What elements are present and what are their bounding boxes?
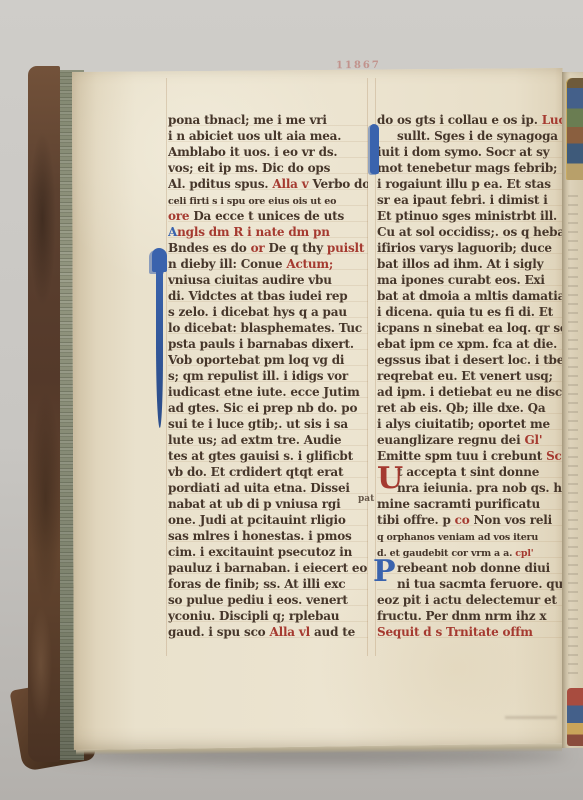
text-segment: vb do. Et crdidert qtqt erat	[168, 465, 343, 479]
text-segment: tes at gtes gauisi s. i glificbt	[168, 449, 353, 463]
manuscript-line: ad ipm. i detiebat eu ne disce	[377, 384, 566, 400]
manuscript-line: nra ieiunia. pra nob qs. hu	[377, 480, 566, 496]
manuscript-line: vb do. Et crdidert qtqt erat	[168, 464, 368, 480]
manuscript-col-right: do os gts i collau e os ip. Lucam.sullt.…	[377, 112, 566, 640]
manuscript-line: tes at gtes gauisi s. i glificbt	[168, 448, 368, 464]
text-segment: Gl'	[524, 433, 542, 447]
text-segment: iudicast etne iute. ecce Jutim	[168, 385, 360, 399]
manuscript-line: sr ea ipaut febri. i dimist i	[377, 192, 566, 208]
manuscript-line: yconiu. Discipli q; rplebau	[168, 608, 368, 624]
manuscript-line: di. Vidctes at tbas iudei rep	[168, 288, 368, 304]
text-segment: cim. i excitauint psecutoz in	[168, 545, 352, 559]
text-segment: yconiu. Discipli q; rplebau	[168, 609, 339, 623]
manuscript-line: bat at dmoia a mltis damatia	[377, 288, 566, 304]
manuscript-line: one. Judi at pcitauint rligio	[168, 512, 368, 528]
manuscript-line: iudicast etne iute. ecce Jutim	[168, 384, 368, 400]
facing-page-miniature-top	[566, 78, 583, 180]
text-segment: ngls dm R i nate dm pn	[177, 225, 330, 239]
illuminated-initial-I	[370, 124, 379, 174]
text-segment: ret ab eis. Qb; ille dxe. Qa	[377, 401, 545, 415]
manuscript-line: icpans n sinebat ea loq. qr sci	[377, 320, 566, 336]
manuscript-line: Bndes es do or De q thy puislt	[168, 240, 368, 256]
manuscript-line: Et ptinuo sges ministrbt ill.	[377, 208, 566, 224]
text-segment: d. et gaudebit cor vrm a a.	[377, 548, 515, 559]
manuscript-line: t accepta t sint donne	[377, 464, 566, 480]
text-segment: Amblabo it uos. i eo vr ds.	[168, 145, 337, 159]
manuscript-line: ret ab eis. Qb; ille dxe. Qa	[377, 400, 566, 416]
text-segment: fructu. Per dnm nrm ihz x	[377, 609, 546, 623]
text-segment: egssus ibat i desert loc. i tbe	[377, 353, 564, 367]
text-segment: psta pauls i barnabas dixert.	[168, 337, 354, 351]
text-segment: sullt. Sges i de synagoga it	[397, 129, 566, 143]
text-segment: reqrebat eu. Et venert usq;	[377, 369, 553, 383]
text-segment: tibi offre. p	[377, 513, 455, 527]
manuscript-line: do os gts i collau e os ip. Lucam.	[377, 112, 566, 128]
manuscript-line: celi firti s i spu ore eius ois ut eo	[168, 192, 368, 208]
manuscript-line: egssus ibat i desert loc. i tbe	[377, 352, 566, 368]
manuscript-line: i n abiciet uos ult aia mea.	[168, 128, 368, 144]
text-segment: Alla v	[272, 177, 312, 191]
manuscript-line: so pulue pediu i eos. venert	[168, 592, 368, 608]
manuscript-line: d. et gaudebit cor vrm a a. cpl'	[377, 544, 566, 560]
text-segment: or	[251, 241, 269, 255]
manuscript-col-left: pona tbnacl; me i me vrii n abiciet uos …	[168, 112, 368, 640]
text-segment: n dieby ill: Conue	[168, 257, 286, 271]
text-segment: gaud. i spu sco	[168, 625, 269, 639]
manuscript-line: Sequit d s Trnitate offm	[377, 624, 566, 640]
manuscript-line: Al. pditus spus. Alla v Verbo do	[168, 176, 368, 192]
text-segment: sr ea ipaut febri. i dimist i	[377, 193, 548, 207]
text-segment: mine sacramti purificatu	[377, 497, 540, 511]
manuscript-line: Cu at sol occidiss;. os q hebat	[377, 224, 566, 240]
text-segment: aud te	[314, 625, 355, 639]
text-segment: q orphanos veniam ad vos iteru	[377, 532, 538, 543]
text-segment: eoz pit i actu delectemur et	[377, 593, 557, 607]
text-segment: euanglizare regnu dei	[377, 433, 524, 447]
manuscript-line: euanglizare regnu dei Gl'	[377, 432, 566, 448]
text-segment: pona tbnacl; me i me vri	[168, 113, 327, 127]
text-segment: Al. pditus spus.	[168, 177, 272, 191]
text-segment: bat illos ad ihm. At i sigly	[377, 257, 543, 271]
manuscript-line: sas mlres i honestas. i pmos	[168, 528, 368, 544]
text-segment: Alla vl	[269, 625, 314, 639]
manuscript-line: fructu. Per dnm nrm ihz x	[377, 608, 566, 624]
manuscript-line: eoz pit i actu delectemur et	[377, 592, 566, 608]
manuscript-line: gaud. i spu sco Alla vl aud te	[168, 624, 368, 640]
manuscript-line: lo dicebat: blasphemates. Tuc	[168, 320, 368, 336]
shelfmark-stamp: 11867	[336, 60, 381, 71]
manuscript-line: pauluz i barnaban. i eiecert eo	[168, 560, 368, 576]
text-segment: do os gts i collau e os ip.	[377, 113, 542, 127]
text-segment: ni tua sacmta feruore. quo	[397, 577, 566, 591]
marginal-note: pat	[358, 494, 374, 504]
manuscript-line: mot tenebetur mags febrib;	[377, 160, 566, 176]
facing-page-text-hint	[568, 195, 578, 675]
text-segment: co	[455, 513, 474, 527]
text-segment: De q thy	[268, 241, 326, 255]
text-segment: ma ipones curabt eos. Exi	[377, 273, 545, 287]
text-segment: Verbo do	[313, 177, 369, 191]
manuscript-line: lute us; ad extm tre. Audie	[168, 432, 368, 448]
text-segment: pordiati ad uita etna. Dissei	[168, 481, 350, 495]
manuscript-line: s zelo. i dicebat hys q a pau	[168, 304, 368, 320]
text-segment: ebat ipm ce xpm. fca at die.	[377, 337, 557, 351]
manuscript-line: Amblabo it uos. i eo vr ds.	[168, 144, 368, 160]
text-segment: i alys ciuitatib; oportet me	[377, 417, 550, 431]
manuscript-line: q orphanos veniam ad vos iteru	[377, 528, 566, 544]
manuscript-line: bat illos ad ihm. At i sigly	[377, 256, 566, 272]
manuscript-line: pordiati ad uita etna. Dissei	[168, 480, 368, 496]
manuscript-line: foras de finib; ss. At illi exc	[168, 576, 368, 592]
text-segment: s zelo. i dicebat hys q a pau	[168, 305, 347, 319]
manuscript-line: iuit i dom symo. Socr at sy	[377, 144, 566, 160]
text-segment: rebeant nob donne diui	[397, 561, 550, 575]
facing-page-miniature-bottom	[567, 688, 583, 746]
manuscript-line: vniusa ciuitas audire vbu	[168, 272, 368, 288]
text-segment: i n abiciet uos ult aia mea.	[168, 129, 341, 143]
text-segment: vos; eit ip ms. Dic do ops	[168, 161, 330, 175]
manuscript-line: ifirios varys laguorib; duce	[377, 240, 566, 256]
manuscript-line: i rogaiunt illu p ea. Et stas	[377, 176, 566, 192]
text-segment: sas mlres i honestas. i pmos	[168, 529, 352, 543]
manuscript-line: nabat at ub di p vniusa rgi	[168, 496, 368, 512]
illuminated-initial-U: U	[377, 463, 403, 495]
text-segment: ad ipm. i detiebat eu ne disce	[377, 385, 566, 399]
manuscript-line: vos; eit ip ms. Dic do ops	[168, 160, 368, 176]
text-segment: ore	[168, 209, 193, 223]
manuscript-line: Angls dm R i nate dm pn	[168, 224, 368, 240]
manuscript-line: s; qm repulist ill. i idigs vor	[168, 368, 368, 384]
manuscript-line: reqrebat eu. Et venert usq;	[377, 368, 566, 384]
manuscript-line: ebat ipm ce xpm. fca at die.	[377, 336, 566, 352]
text-segment: Actum;	[286, 257, 333, 271]
manuscript-line: Vob oportebat pm loq vg di	[168, 352, 368, 368]
text-segment: ifirios varys laguorib; duce	[377, 241, 552, 255]
manuscript-line: pona tbnacl; me i me vri	[168, 112, 368, 128]
text-segment: ad gtes. Sic ei prep nb do. po	[168, 401, 357, 415]
text-segment: Vob oportebat pm loq vg di	[168, 353, 344, 367]
manuscript-photo: 11867 pona tbnacl; me i me vrii n abicie…	[0, 0, 583, 800]
text-segment: nra ieiunia. pra nob qs. hu	[397, 481, 566, 495]
ruling-vertical-guide	[166, 78, 167, 656]
manuscript-line: n dieby ill: Conue Actum;	[168, 256, 368, 272]
text-segment: Bndes es do	[168, 241, 251, 255]
text-segment: Da ecce t unices de uts	[193, 209, 344, 223]
text-segment: mot tenebetur mags febrib;	[377, 161, 557, 175]
text-segment: Sequit d s Trnitate offm	[377, 625, 533, 639]
manuscript-line: mine sacramti purificatu	[377, 496, 566, 512]
manuscript-line: i dicena. quia tu es fi di. Et	[377, 304, 566, 320]
text-segment: cpl'	[515, 548, 533, 559]
manuscript-line: i alys ciuitatib; oportet me	[377, 416, 566, 432]
manuscript-line: sullt. Sges i de synagoga it	[377, 128, 566, 144]
text-segment: iuit i dom symo. Socr at sy	[377, 145, 549, 159]
illuminated-initial-I-stem	[156, 268, 163, 428]
text-segment: lute us; ad extm tre. Audie	[168, 433, 341, 447]
leather-spine	[28, 66, 60, 762]
manuscript-line: ma ipones curabt eos. Exi	[377, 272, 566, 288]
pencil-smudge	[505, 716, 557, 719]
text-segment: bat at dmoia a mltis damatia	[377, 289, 565, 303]
text-segment: icpans n sinebat ea loq. qr sci	[377, 321, 566, 335]
text-segment: so pulue pediu i eos. venert	[168, 593, 348, 607]
text-segment: foras de finib; ss. At illi exc	[168, 577, 345, 591]
manuscript-line: sui te i luce gtib;. ut sis i sa	[168, 416, 368, 432]
text-segment: lo dicebat: blasphemates. Tuc	[168, 321, 362, 335]
text-segment: pauluz i barnaban. i eiecert eo	[168, 561, 367, 575]
text-segment: i rogaiunt illu p ea. Et stas	[377, 177, 551, 191]
text-segment: i dicena. quia tu es fi di. Et	[377, 305, 553, 319]
text-segment: s; qm repulist ill. i idigs vor	[168, 369, 348, 383]
manuscript-line: cim. i excitauint psecutoz in	[168, 544, 368, 560]
text-segment: t accepta t sint donne	[397, 465, 539, 479]
text-segment: puislt	[327, 241, 364, 255]
manuscript-line: ore Da ecce t unices de uts	[168, 208, 368, 224]
manuscript-line: Emitte spm tuu i crebunt Scr	[377, 448, 566, 464]
text-segment: celi firti s i spu ore eius ois ut eo	[168, 196, 336, 207]
text-segment: di. Vidctes at tbas iudei rep	[168, 289, 348, 303]
text-segment: Cu at sol occidiss;. os q hebat	[377, 225, 566, 239]
text-segment: one. Judi at pcitauint rligio	[168, 513, 346, 527]
manuscript-line: tibi offre. p co Non vos reli	[377, 512, 566, 528]
text-segment: sui te i luce gtib;. ut sis i sa	[168, 417, 348, 431]
illuminated-initial-P: P	[373, 556, 396, 588]
manuscript-line: ad gtes. Sic ei prep nb do. po	[168, 400, 368, 416]
text-segment: Et ptinuo sges ministrbt ill.	[377, 209, 557, 223]
manuscript-line: ni tua sacmta feruore. quo	[377, 576, 566, 592]
manuscript-line: psta pauls i barnabas dixert.	[168, 336, 368, 352]
text-segment: nabat at ub di p vniusa rgi	[168, 497, 340, 511]
text-segment: A	[168, 225, 177, 239]
text-segment: vniusa ciuitas audire vbu	[168, 273, 332, 287]
manuscript-line: rebeant nob donne diui	[377, 560, 566, 576]
text-segment: Non vos reli	[474, 513, 552, 527]
